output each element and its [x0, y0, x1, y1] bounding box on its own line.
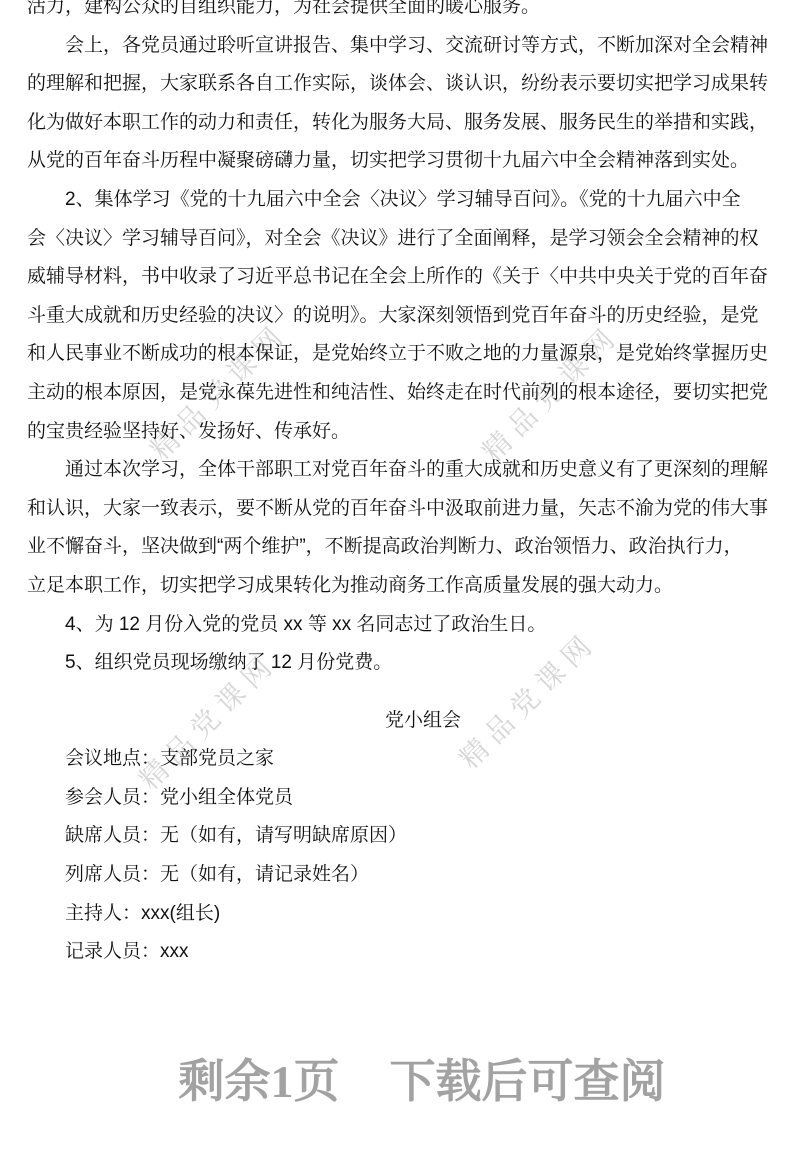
text-line: 的理解和把握，大家联系各自工作实际，谈体会、谈认识，纷纷表示要切实把学习成果转 [27, 65, 775, 104]
remaining-pages-notice: 剩余1页 下载后可查阅 [0, 1052, 800, 1112]
text-line: 会议地点：支部党员之家 [27, 740, 775, 779]
text-line: 和人民事业不断成功的根本保证，是党始终立于不败之地的力量源泉，是党始终掌握历史 [27, 335, 775, 374]
download-to-view-hint: 下载后可查阅 [390, 1052, 666, 1112]
text-line: 和认识，大家一致表示，要不断从党的百年奋斗中汲取前进力量，矢志不渝为党的伟大事 [27, 490, 775, 529]
text-line: 4、为 12 月份入党的党员 xx 等 xx 名同志过了政治生日。 [27, 606, 775, 645]
text-line [27, 683, 775, 702]
text-line: 从党的百年奋斗历程中凝聚磅礴力量，切实把学习贯彻十九届六中全会精神落到实处。 [27, 142, 775, 181]
text-line: 立足本职工作，切实把学习成果转化为推动商务工作高质量发展的强大动力。 [27, 567, 775, 606]
text-line: 缺席人员：无（如有，请写明缺席原因） [27, 817, 775, 856]
document-page: 精品党课网 精品党课网 精品党课网 精品党课网 活力，建构公众的自组织能力，为社… [0, 0, 800, 1162]
text-line: 活力，建构公众的自组织能力，为社会提供全面的暖心服务。 [27, 0, 775, 27]
text-line: 记录人员：xxx [27, 933, 775, 972]
text-line: 斗重大成就和历史经验的决议〉的说明》。大家深刻领悟到党百年奋斗的历史经验，是党 [27, 297, 775, 336]
text-line: 会〈决议〉学习辅导百问》，对全会《决议》进行了全面阐释，是学习领会全会精神的权 [27, 220, 775, 259]
text-line: 5、组织党员现场缴纳了 12 月份党费。 [27, 644, 775, 683]
text-line: 2、集体学习《党的十九届六中全会〈决议〉学习辅导百问》。《党的十九届六中全 [27, 181, 775, 220]
text-line: 会上，各党员通过聆听宣讲报告、集中学习、交流研讨等方式，不断加深对全会精神 [27, 27, 775, 66]
text-line: 威辅导材料，书中收录了习近平总书记在全会上所作的《关于〈中共中央关于党的百年奋 [27, 258, 775, 297]
document-body: 活力，建构公众的自组织能力，为社会提供全面的暖心服务。 会上，各党员通过聆听宣讲… [27, 0, 775, 972]
text-line: 主持人：xxx(组长) [27, 895, 775, 934]
text-line: 通过本次学习，全体干部职工对党百年奋斗的重大成就和历史意义有了更深刻的理解 [27, 451, 775, 490]
text-line: 业不懈奋斗，坚决做到“两个维护”，不断提高政治判断力、政治领悟力、政治执行力， [27, 528, 775, 567]
text-line: 参会人员：党小组全体党员 [27, 779, 775, 818]
text-line: 化为做好本职工作的动力和责任，转化为服务大局、服务发展、服务民生的举措和实践， [27, 104, 775, 143]
text-line: 的宝贵经验坚持好、发扬好、传承好。 [27, 413, 775, 452]
remaining-pages-count: 剩余1页 [179, 1052, 340, 1112]
text-line: 列席人员：无（如有，请记录姓名） [27, 856, 775, 895]
text-line: 主动的根本原因，是党永葆先进性和纯洁性、始终走在时代前列的根本途径，要切实把党 [27, 374, 775, 413]
text-line: 党小组会 [27, 702, 775, 741]
